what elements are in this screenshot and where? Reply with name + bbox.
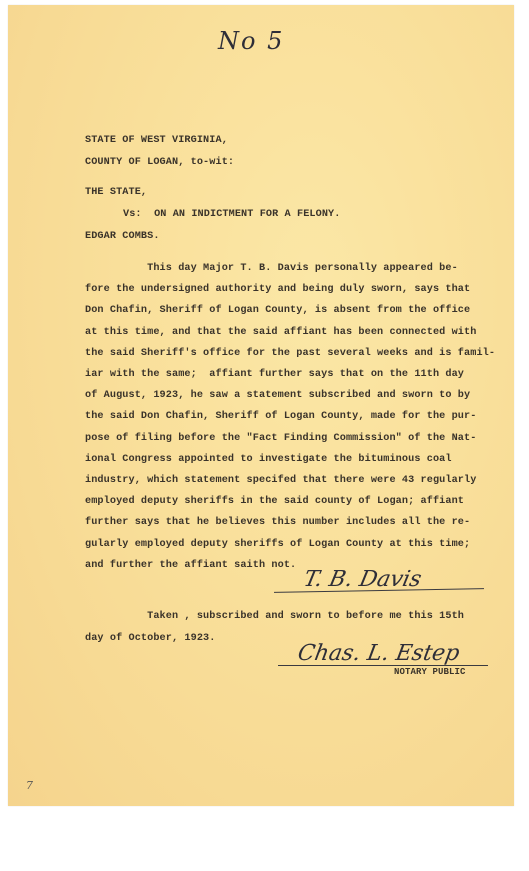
- notary-signature-line: [278, 665, 488, 666]
- body-line: the said Sheriff's office for the past s…: [85, 348, 495, 359]
- venue-county: COUNTY OF LOGAN, to-wit:: [85, 157, 234, 168]
- body-line: the said Don Chafin, Sheriff of Logan Co…: [85, 411, 476, 422]
- handwritten-exhibit-number: No 5: [218, 27, 284, 55]
- body-line: Don Chafin, Sheriff of Logan County, is …: [85, 305, 470, 316]
- body-line: employed deputy sheriffs in the said cou…: [85, 496, 464, 507]
- body-line: ional Congress appointed to investigate …: [85, 454, 452, 465]
- jurat-line-1: Taken , subscribed and sworn to before m…: [85, 611, 464, 622]
- body-line: of August, 1923, he saw a statement subs…: [85, 390, 470, 401]
- body-line: at this time, and that the said affiant …: [85, 327, 476, 338]
- body-line: gularly employed deputy sheriffs of Loga…: [85, 539, 470, 550]
- notary-signature: Chas. L. Estep: [296, 641, 462, 666]
- body-line: and further the affiant saith not.: [85, 560, 296, 571]
- margin-mark: 7: [26, 779, 33, 792]
- body-line: further says that he believes this numbe…: [85, 517, 470, 528]
- body-line: iar with the same; affiant further says …: [85, 369, 464, 380]
- case-type: Vs: ON AN INDICTMENT FOR A FELONY.: [123, 209, 340, 220]
- body-line: pose of filing before the "Fact Finding …: [85, 433, 476, 444]
- body-line: fore the undersigned authority and being…: [85, 284, 470, 295]
- body-line: industry, which statement specifed that …: [85, 475, 476, 486]
- venue-state: STATE OF WEST VIRGINIA,: [85, 135, 228, 146]
- defendant: EDGAR COMBS.: [85, 231, 160, 242]
- jurat-line-2: day of October, 1923.: [85, 633, 215, 644]
- affiant-signature: T. B. Davis: [301, 567, 423, 592]
- document-page: No 5 STATE OF WEST VIRGINIA, COUNTY OF L…: [8, 5, 514, 806]
- body-line: This day Major T. B. Davis personally ap…: [85, 263, 458, 274]
- notary-title: NOTARY PUBLIC: [394, 667, 466, 677]
- plaintiff: THE STATE,: [85, 187, 147, 198]
